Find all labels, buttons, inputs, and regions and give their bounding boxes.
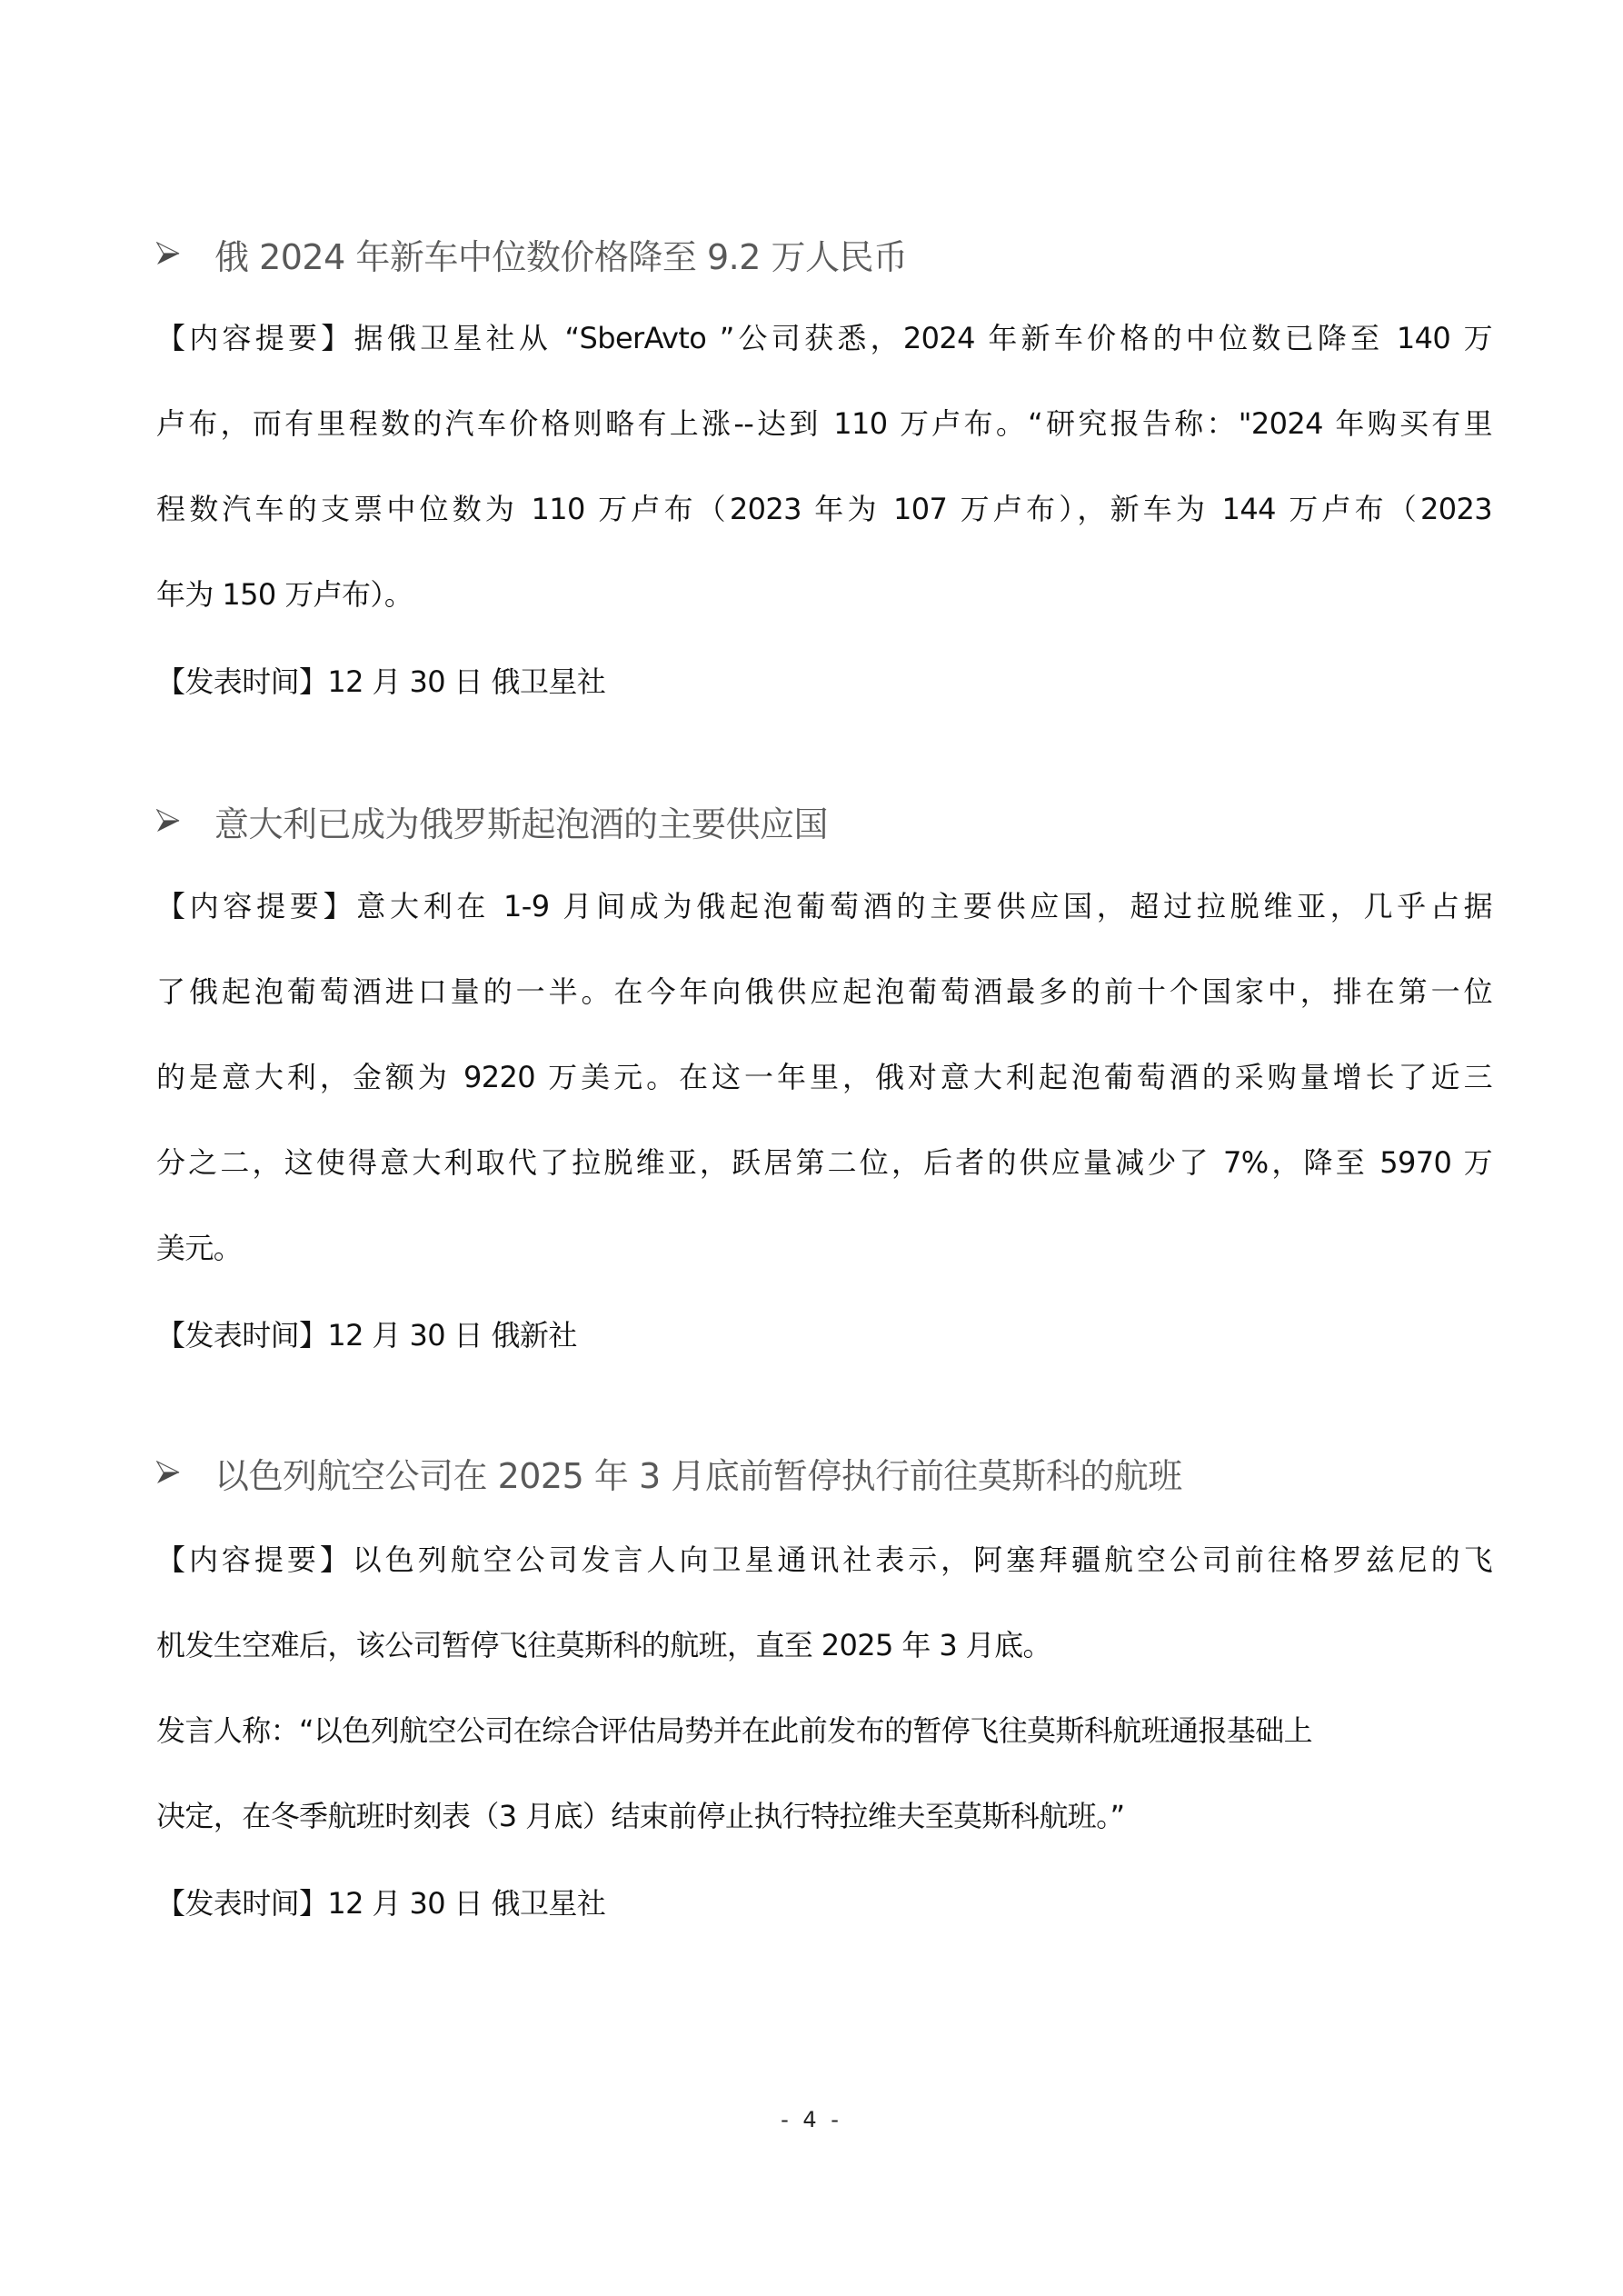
article-1-body-line: 【内容提要】据俄卫星社从 “SberAvto ”公司获悉，2024 年新车价格的…	[156, 316, 1492, 360]
article-2-published: 【发表时间】12 月 30 日 俄新社	[156, 1313, 1492, 1357]
arrow-bullet-icon	[156, 1461, 180, 1484]
article-2-body-line: 的是意大利，金额为 9220 万美元。在这一年里，俄对意大利起泡葡萄酒的采购量增…	[156, 1055, 1492, 1099]
article-1-published: 【发表时间】12 月 30 日 俄卫星社	[156, 660, 1492, 704]
article-3-body-line: 机发生空难后，该公司暂停飞往莫斯科的航班，直至 2025 年 3 月底。	[156, 1623, 1492, 1667]
arrow-bullet-icon	[156, 242, 180, 265]
article-title-text: 俄 2024 年新车中位数价格降至 9.2 万人民币	[214, 229, 907, 279]
article-2-body-line: 【内容提要】意大利在 1-9 月间成为俄起泡葡萄酒的主要供应国，超过拉脱维亚，几…	[156, 884, 1492, 928]
article-3-published: 【发表时间】12 月 30 日 俄卫星社	[156, 1882, 1492, 1925]
article-1-body-line: 卢布，而有里程数的汽车价格则略有上涨--达到 110 万卢布。“研究报告称："2…	[156, 402, 1492, 445]
article-title-text: 以色列航空公司在 2025 年 3 月底前暂停执行前往莫斯科的航班	[214, 1448, 1182, 1498]
article-3-body-line: 发言人称：“以色列航空公司在综合评估局势并在此前发布的暂停飞往莫斯科航班通报基础…	[156, 1709, 1492, 1752]
arrow-bullet-icon	[156, 809, 180, 833]
article-3-body-line: 决定，在冬季航班时刻表（3 月底）结束前停止执行特拉维夫至莫斯科航班。”	[156, 1794, 1492, 1838]
article-1-body-line: 程数汽车的支票中位数为 110 万卢布（2023 年为 107 万卢布），新车为…	[156, 487, 1492, 531]
article-3-body-line: 【内容提要】以色列航空公司发言人向卫星通讯社表示，阿塞拜疆航空公司前往格罗兹尼的…	[156, 1538, 1492, 1582]
article-1-body-line: 年为 150 万卢布）。	[156, 573, 1492, 616]
article-1-title: 俄 2024 年新车中位数价格降至 9.2 万人民币	[156, 226, 907, 281]
article-3-title: 以色列航空公司在 2025 年 3 月底前暂停执行前往莫斯科的航班	[156, 1445, 1182, 1500]
article-2-body-line: 美元。	[156, 1226, 1492, 1270]
article-2-body-line: 了俄起泡葡萄酒进口量的一半。在今年向俄供应起泡葡萄酒最多的前十个国家中，排在第一…	[156, 970, 1492, 1013]
page-number: - 4 -	[0, 2107, 1623, 2132]
article-2-title: 意大利已成为俄罗斯起泡酒的主要供应国	[156, 794, 828, 848]
article-title-text: 意大利已成为俄罗斯起泡酒的主要供应国	[214, 796, 828, 846]
article-2-body-line: 分之二，这使得意大利取代了拉脱维亚，跃居第二位，后者的供应量减少了 7%，降至 …	[156, 1141, 1492, 1184]
